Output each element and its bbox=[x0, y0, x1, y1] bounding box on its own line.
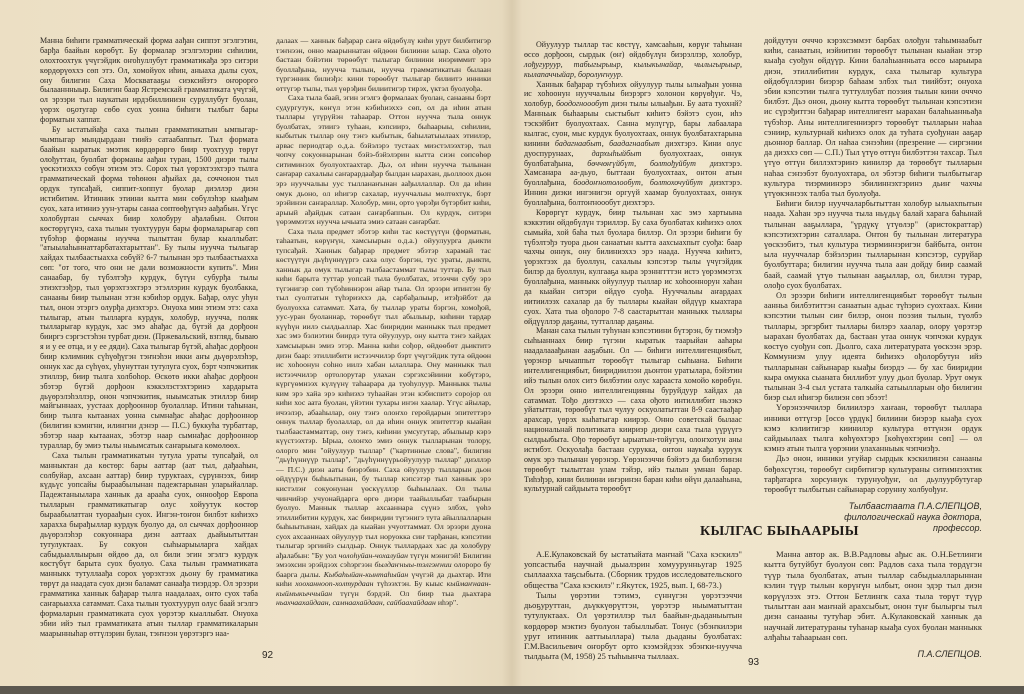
short-note-left: А.Е.Кулаковскай бу ыстатыйата маҥнай "Са… bbox=[524, 549, 742, 662]
book-spread: Манна биһиги грамматическай форма аађан … bbox=[0, 0, 1024, 688]
page-92-column-2: далаах — ханнык бађарар саҥа өйдөбүлү ки… bbox=[276, 36, 491, 608]
paragraph: Үөрэнээччилэр билиилэрэ хаҥаан, төрөөбүт… bbox=[764, 403, 982, 454]
paragraph: Саха тылын грамматикатын тутула ураты ту… bbox=[40, 451, 258, 639]
paragraph: Көрөргүт курдук, биир тылынан хас эмэ ха… bbox=[524, 208, 742, 327]
paragraph: дойдутун очччо кэрэхсэммэт барбах олођун… bbox=[764, 36, 982, 199]
author-signature: П.А.СЛЕПЦОВ. bbox=[764, 649, 982, 660]
paragraph: Тылы үөрэтии тэтимэ, сүннүгэн үөрэтээччи… bbox=[524, 590, 742, 662]
page-93-column-2: дойдутун очччо кэрэхсэммэт барбах олођун… bbox=[764, 36, 982, 534]
section-heading: КЫЛГАС БЫҺААРЫЫ bbox=[700, 524, 859, 540]
paragraph: Дьэ онон, инники угуйар сырдык кэскилинэ… bbox=[764, 454, 982, 495]
page-number-right: 93 bbox=[748, 657, 759, 668]
paragraph: Бу ыстатыйађа саха тылын грамматикатын ы… bbox=[40, 125, 258, 451]
signature-line: филологическай наука доктора, bbox=[764, 512, 982, 523]
paragraph: Ойуулуур тыллар тас көстүү, хамсааһын, к… bbox=[524, 40, 742, 80]
paragraph: Манна автор ак. В.В.Радловы ађыс ак. О.Н… bbox=[764, 549, 982, 643]
scan-bottom-edge bbox=[0, 686, 1024, 694]
paragraph: Биһиги билэр нууччалаpбытыттан холобур ы… bbox=[764, 199, 982, 291]
short-note-right: Манна автор ак. В.В.Радловы ађыс ак. О.Н… bbox=[764, 549, 982, 660]
page-93-column-1: Ойуулуур тыллар тас көстүү, хамсааһын, к… bbox=[524, 40, 742, 494]
paragraph: Ол эрээри биһиги интеллигенциябыт төрөөб… bbox=[764, 291, 982, 403]
paragraph: А.Е.Кулаковскай бу ыстатыйата маҥнай "Са… bbox=[524, 549, 742, 590]
page-92-column-1: Манна биһиги грамматическай форма аађан … bbox=[40, 36, 258, 638]
paragraph: Ханнык бађарар түбэһиэх ойуулуур тылы ыл… bbox=[524, 80, 742, 208]
paragraph: Манна биһиги грамматическай форма аађан … bbox=[40, 36, 258, 125]
paragraph: Манан саха тылын туһунан кэпсэтиини бүтэ… bbox=[524, 326, 742, 494]
paragraph: далаах — ханнык бађарар саҥа өйдөбүлү ки… bbox=[276, 36, 491, 93]
paragraph: Саха тыла предмет эбэтэр киһи тас көстүү… bbox=[276, 227, 491, 608]
paragraph: Саха тыла баай, эгин эгэлгэ формалаах бу… bbox=[276, 93, 491, 226]
signature-line: Тылбаастаата П.А.СЛЕПЦОВ, bbox=[764, 501, 982, 512]
page-number-left: 92 bbox=[262, 650, 273, 661]
